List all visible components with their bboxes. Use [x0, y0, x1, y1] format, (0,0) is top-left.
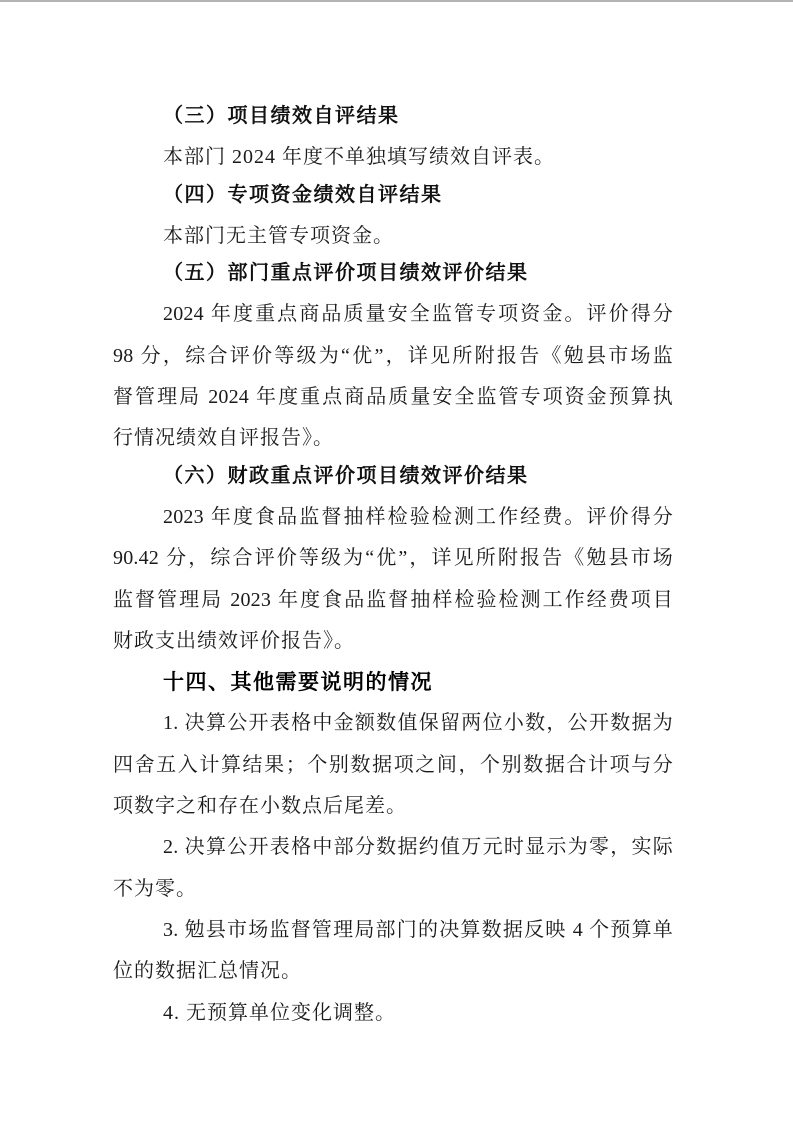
- scan-edge-line: [0, 0, 793, 2]
- subheading-section-6: （六）财政重点评价项目绩效评价结果: [113, 456, 673, 497]
- document-page: （三）项目绩效自评结果 本部门 2024 年度不单独填写绩效自评表。 （四）专项…: [0, 0, 793, 1122]
- body-line: 90.42 分，综合评价等级为“优”，详见所附报告《勉县市场: [113, 538, 673, 579]
- document-text-block: （三）项目绩效自评结果 本部门 2024 年度不单独填写绩效自评表。 （四）专项…: [113, 96, 673, 1034]
- body-line: 不为零。: [113, 869, 673, 910]
- body-line: 1. 决算公开表格中金额数值保留两位小数，公开数据为: [113, 703, 673, 744]
- body-line: 四舍五入计算结果；个别数据项之间，个别数据合计项与分: [113, 745, 673, 786]
- body-line: 2024 年度重点商品质量安全监管专项资金。评价得分: [113, 294, 673, 335]
- body-line: 位的数据汇总情况。: [113, 951, 673, 992]
- body-line: 3. 勉县市场监督管理局部门的决算数据反映 4 个预算单: [113, 910, 673, 951]
- body-line: 财政支出绩效评价报告》。: [113, 621, 673, 662]
- subheading-section-3: （三）项目绩效自评结果: [113, 96, 673, 137]
- body-line: 监督管理局 2023 年度食品监督抽样检验检测工作经费项目: [113, 580, 673, 621]
- body-line: 98 分，综合评价等级为“优”，详见所附报告《勉县市场监: [113, 336, 673, 377]
- body-line: 本部门 2024 年度不单独填写绩效自评表。: [113, 137, 673, 178]
- subheading-section-5: （五）部门重点评价项目绩效评价结果: [113, 253, 673, 294]
- body-line: 4. 无预算单位变化调整。: [113, 993, 673, 1034]
- body-line: 本部门无主管专项资金。: [113, 216, 673, 257]
- body-line: 项数字之和存在小数点后尾差。: [113, 786, 673, 827]
- subheading-section-4: （四）专项资金绩效自评结果: [113, 175, 673, 216]
- heading-section-14: 十四、其他需要说明的情况: [113, 662, 673, 703]
- body-line: 行情况绩效自评报告》。: [113, 418, 673, 459]
- body-line: 2023 年度食品监督抽样检验检测工作经费。评价得分: [113, 497, 673, 538]
- body-line: 督管理局 2024 年度重点商品质量安全监管专项资金预算执: [113, 377, 673, 418]
- body-line: 2. 决算公开表格中部分数据约值万元时显示为零，实际: [113, 827, 673, 868]
